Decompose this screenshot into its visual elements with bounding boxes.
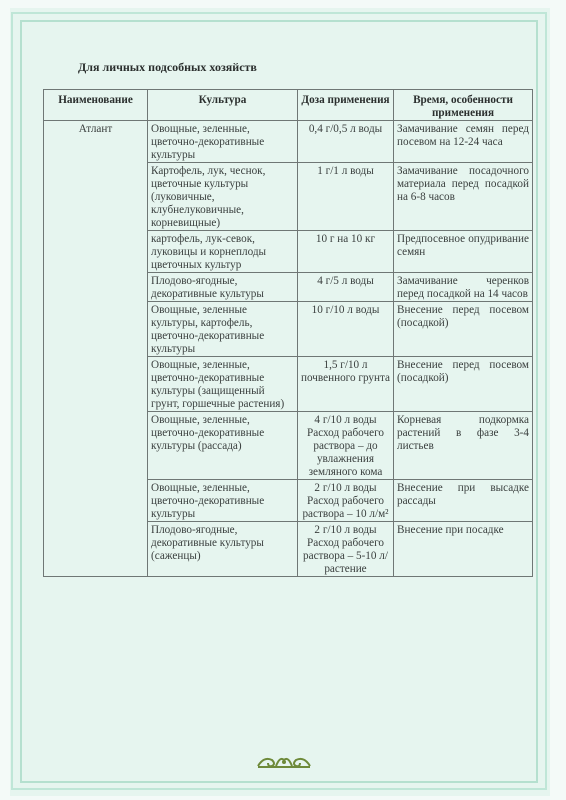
crop-cell: картофель, лук-севок, луковицы и корнепл…	[148, 231, 298, 273]
crop-cell: Овощные, зеленные, цветочно-декоративные…	[148, 357, 298, 412]
time-cell: Предпосевное опудривание семян	[394, 231, 533, 273]
crop-cell: Овощные, зеленные, цветочно-декоративные…	[148, 480, 298, 522]
dose-cell: 2 г/10 л воды Расход рабочего раствора –…	[298, 480, 394, 522]
time-cell: Внесение перед посевом (посадкой)	[394, 302, 533, 357]
dose-cell: 10 г на 10 кг	[298, 231, 394, 273]
crop-cell: Плодово-ягодные, декоративные культуры (…	[148, 522, 298, 577]
dose-cell: 1 г/1 л воды	[298, 163, 394, 231]
header-crop: Культура	[148, 90, 298, 121]
dose-cell: 1,5 г/10 л почвенного грунта	[298, 357, 394, 412]
dose-cell: 4 г/10 л воды Расход рабочего раствора –…	[298, 412, 394, 480]
header-name: Наименование	[44, 90, 148, 121]
crop-cell: Овощные, зеленные, цветочно-декоративные…	[148, 412, 298, 480]
dose-cell: 10 г/10 л воды	[298, 302, 394, 357]
time-cell: Замачивание семян перед посевом на 12-24…	[394, 121, 533, 163]
time-cell: Внесение перед посевом (посадкой)	[394, 357, 533, 412]
crop-cell: Картофель, лук, чеснок, цветочные культу…	[148, 163, 298, 231]
crop-cell: Овощные, зеленные, цветочно-декоративные…	[148, 121, 298, 163]
floral-ornament-icon	[256, 752, 312, 770]
dose-cell: 0,4 г/0,5 л воды	[298, 121, 394, 163]
time-cell: Замачивание посадочного материала перед …	[394, 163, 533, 231]
crop-cell: Плодово-ягодные, декоративные культуры	[148, 273, 298, 302]
dose-cell: 2 г/10 л воды Расход рабочего раствора –…	[298, 522, 394, 577]
header-time: Время, особенности применения	[394, 90, 533, 121]
crop-cell: Овощные, зеленные культуры, картофель, ц…	[148, 302, 298, 357]
header-dose: Доза применения	[298, 90, 394, 121]
usage-table: Наименование Культура Доза применения Вр…	[43, 89, 533, 577]
table-header-row: Наименование Культура Доза применения Вр…	[44, 90, 533, 121]
dose-cell: 4 г/5 л воды	[298, 273, 394, 302]
table-row: АтлантОвощные, зеленные, цветочно-декора…	[44, 121, 533, 163]
section-heading: Для личных подсобных хозяйств	[78, 60, 257, 75]
time-cell: Замачивание черенков перед посадкой на 1…	[394, 273, 533, 302]
time-cell: Корневая подкормка растений в фазе 3-4 л…	[394, 412, 533, 480]
product-name-cell: Атлант	[44, 121, 148, 577]
time-cell: Внесение при посадке	[394, 522, 533, 577]
time-cell: Внесение при высадке рассады	[394, 480, 533, 522]
